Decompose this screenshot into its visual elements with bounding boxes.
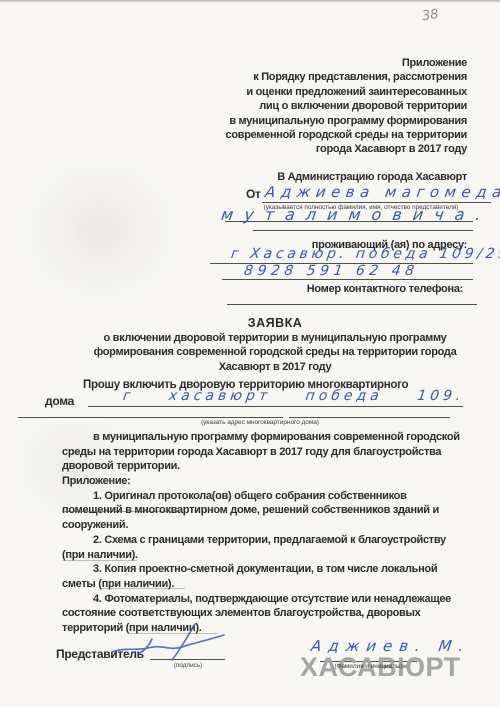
scan-top-edge-shadow	[0, 0, 500, 3]
body-line: среды на территории города Хасавюрт в 20…	[62, 445, 460, 460]
body-line: 1. Оригинал протокола(ов) общего собрани…	[62, 489, 460, 504]
name-caption: (Фамилия и инициалы)	[316, 663, 421, 670]
application-title-block: ЗАЯВКА о включении дворовой территории в…	[75, 316, 475, 374]
body-line: 2. Схема с границами территории, предлаг…	[62, 533, 460, 548]
application-body: в муниципальную программу формирования с…	[62, 430, 460, 636]
header-note: Приложениек Порядку представления, рассм…	[226, 56, 468, 157]
patronymic-handwriting: муталимовича.	[220, 205, 493, 224]
application-subtitle-line: формирования современной городской среды…	[75, 345, 475, 360]
body-line: 4. Фотоматериалы, подтверждающие отсутст…	[62, 592, 460, 607]
address-handwriting: г Хасавюр. победа 109/29	[230, 246, 500, 262]
body-line: сооружений.	[62, 518, 460, 533]
pen-mark-underline	[100, 588, 185, 589]
page-number-handwriting: 38	[421, 7, 439, 24]
house-caption-line-left	[18, 403, 283, 418]
body-line: 3. Копия проектно-сметной документации, …	[62, 562, 460, 577]
header-note-line: к Порядку представления, рассмотрения	[226, 70, 468, 84]
header-note-line: города Хасавюрт в 2017 году	[226, 142, 468, 156]
name-handwriting: Аджиев. М.	[310, 637, 472, 655]
header-note-line: лиц о включении дворовой территории	[226, 99, 468, 113]
header-note-line: и оценки предложений заинтересованных	[226, 85, 468, 99]
from-name-handwriting: Аджиева магомеда.	[264, 183, 500, 201]
application-subtitle-line: Хасавюрт в 2017 году	[75, 360, 475, 375]
paper-stain	[25, 160, 175, 300]
from-label: От	[246, 187, 261, 201]
body-line: дворовой территории.	[62, 459, 460, 474]
header-note-line: в муниципальную программу формирования	[226, 114, 468, 128]
application-subtitle-line: о включении дворовой территории в муници…	[75, 331, 475, 346]
house-caption-line-right	[289, 403, 450, 418]
pen-mark-underline	[62, 560, 137, 561]
signature-scribble	[108, 620, 240, 664]
header-note-line: Приложение	[226, 56, 468, 70]
application-title: ЗАЯВКА	[75, 316, 475, 331]
body-line: в муниципальную программу формирования с…	[62, 430, 460, 445]
pen-mark-strike	[62, 511, 180, 512]
blank-line	[227, 290, 477, 305]
house-address-handwriting: г хасавюрт победа 109.	[122, 388, 466, 404]
header-note-line: современной городской среды на территори…	[226, 128, 468, 142]
application-subtitle: о включении дворовой территории в муници…	[75, 331, 475, 375]
body-line: сметы (при наличии).	[62, 577, 460, 592]
body-line: Приложение:	[62, 474, 460, 489]
scanned-application-page: 38 Приложениек Порядку представления, ра…	[0, 0, 500, 707]
body-line: состояние соответствующих элементов благ…	[62, 606, 460, 621]
phone-handwriting: 8928 591 62 48	[243, 263, 420, 279]
house-caption: (указать адрес многоквартирного дома)	[165, 419, 355, 426]
